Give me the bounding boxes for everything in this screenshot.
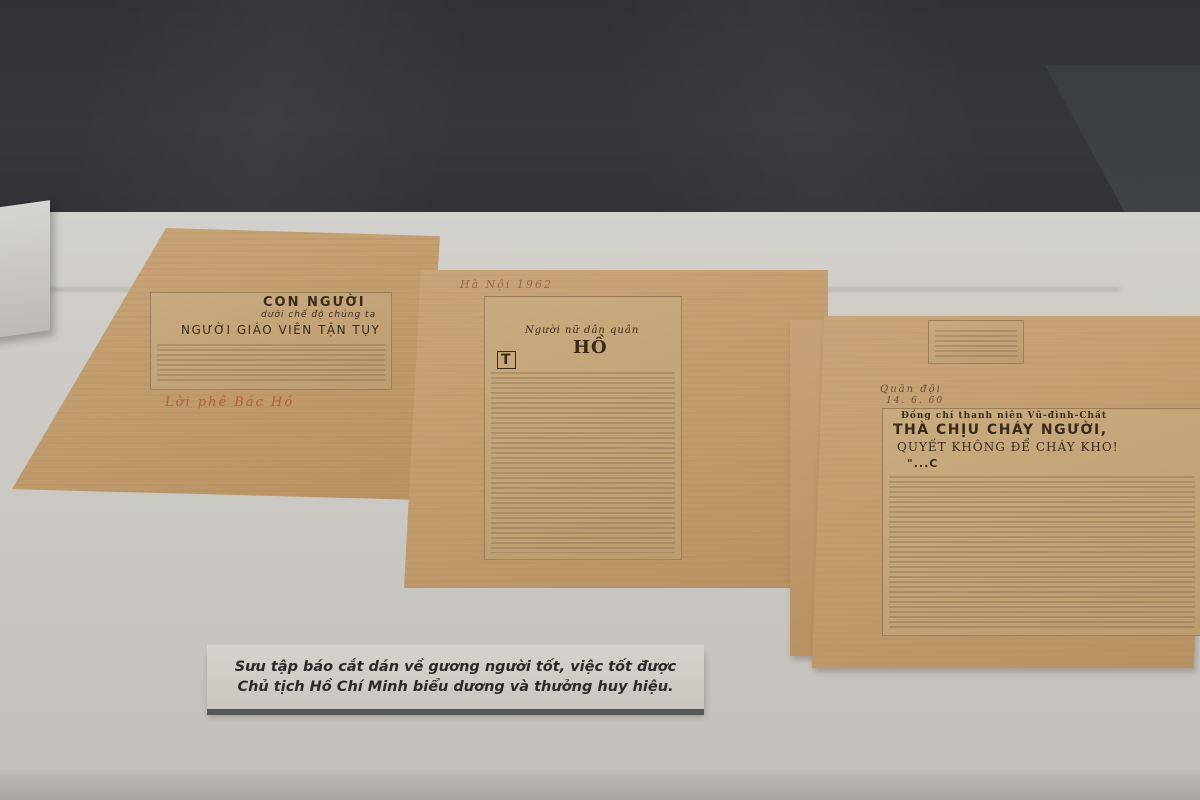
caption-line-2: Chủ tịch Hồ Chí Minh biểu dương và thưởn…	[237, 677, 673, 697]
display-deck-front-edge	[0, 770, 1200, 800]
clipping-right-small	[928, 320, 1024, 364]
handwritten-date-1: Quân đội	[880, 384, 942, 395]
handwritten-date-2: 14. 6. 60	[886, 396, 944, 406]
masthead-script: Người nữ dân quân	[525, 325, 639, 336]
adjacent-display-block	[0, 200, 50, 340]
top-handwritten-note: Hà Nội 1962	[460, 278, 553, 291]
subhead: dưới chế độ chúng ta	[261, 310, 376, 320]
clipping-right-main: Đồng chí thanh niên Vũ-đình-Chất THÀ CHỊ…	[882, 408, 1200, 636]
dropcap: T	[497, 351, 516, 369]
handwritten-red-note: Lời phê Bác Hồ	[165, 395, 294, 410]
headline: NGƯỜI GIÁO VIÊN TẬN TỤY	[181, 323, 380, 337]
clipping-left: CON NGƯỜI dưới chế độ chúng ta NGƯỜI GIÁ…	[150, 292, 392, 390]
caption-line-1: Sưu tập báo cắt dán về gương người tốt, …	[235, 657, 677, 677]
masthead: CON NGƯỜI	[263, 295, 366, 310]
headline-line-2: QUYẾT KHÔNG ĐỂ CHÁY KHO!	[897, 440, 1119, 454]
kicker: Đồng chí thanh niên Vũ-đình-Chất	[901, 411, 1107, 421]
lead-text: "...C	[907, 457, 938, 470]
headline-line-1: THÀ CHỊU CHÁY NGƯỜI,	[893, 422, 1108, 438]
display-case-back-wall	[0, 0, 1200, 225]
masthead-big: HỒ	[573, 337, 608, 358]
caption-placard: Sưu tập báo cắt dán về gương người tốt, …	[207, 645, 704, 709]
clipping-center: Người nữ dân quân HỒ T	[484, 296, 682, 560]
